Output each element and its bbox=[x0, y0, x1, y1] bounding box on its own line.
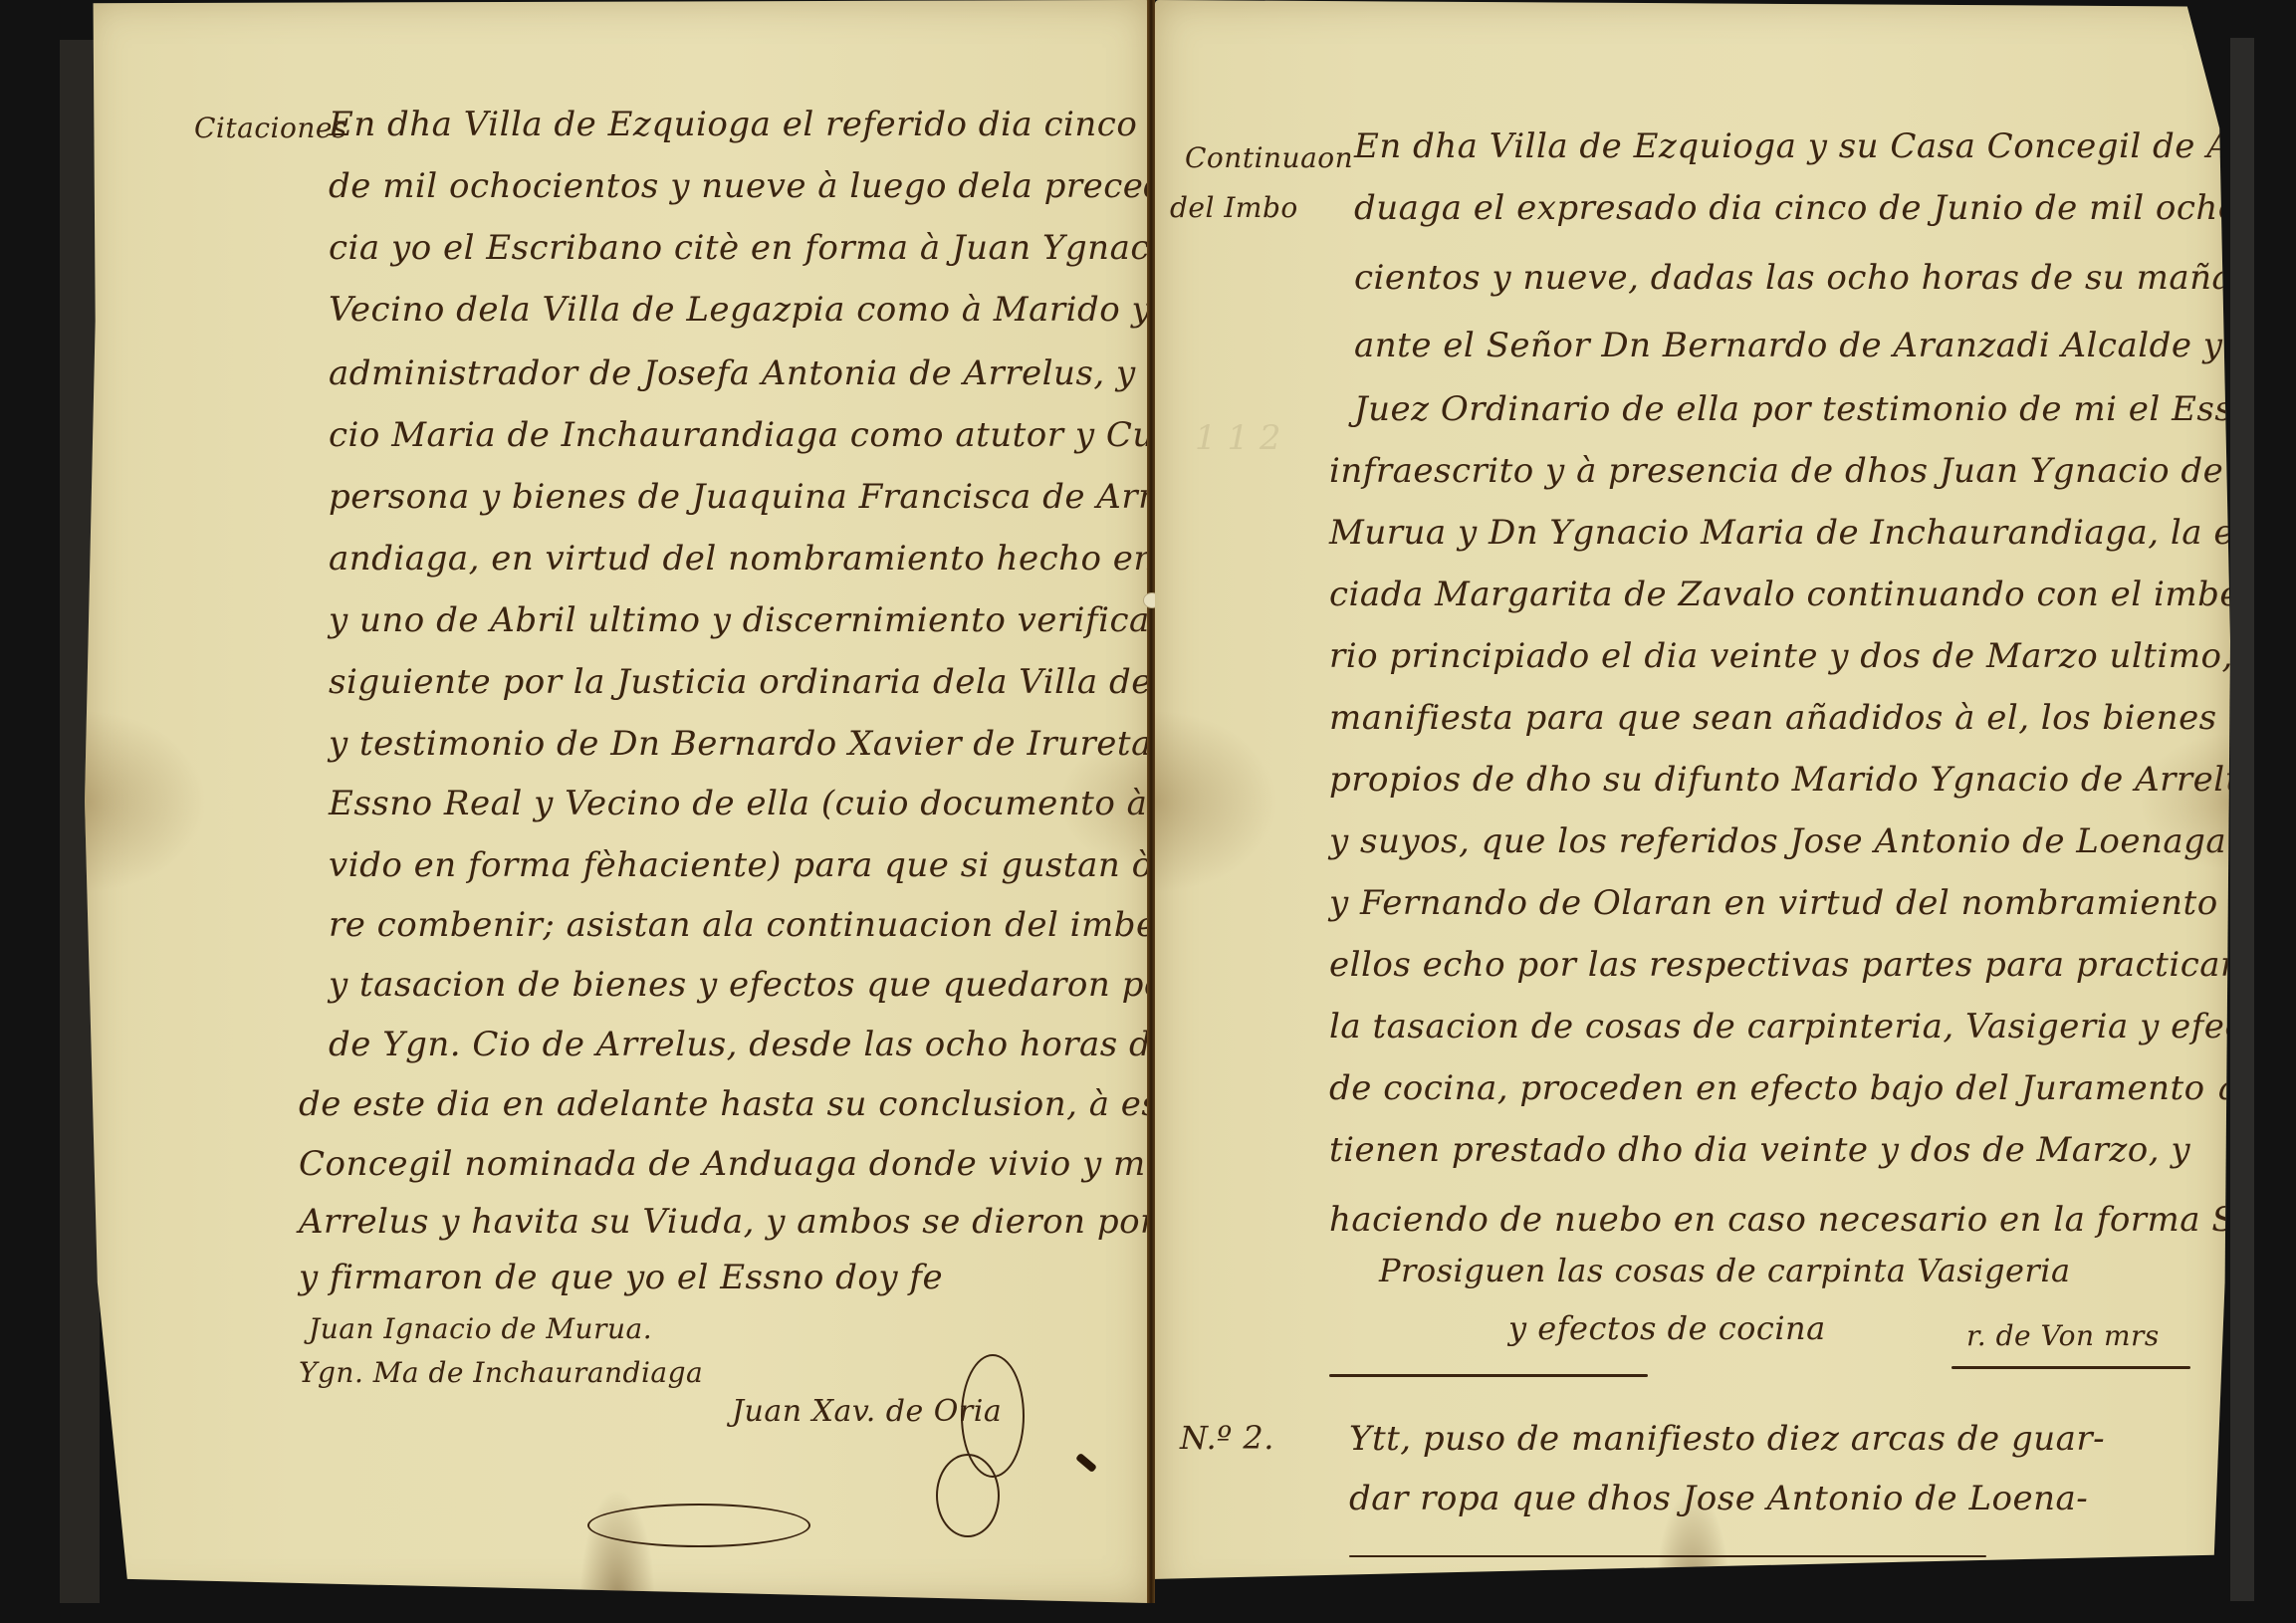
manuscript-line: ciada Margarita de Zavalo continuando co… bbox=[1329, 578, 2296, 611]
section-heading: Prosiguen las cosas de carpinta Vasigeri… bbox=[1379, 1255, 2071, 1286]
scanner-shadow-right bbox=[2230, 38, 2254, 1601]
item-number: N.º 2. bbox=[1180, 1422, 1274, 1454]
manuscript-line: manifiesta para que sean añadidos à el, … bbox=[1329, 701, 2217, 735]
manuscript-line: rio principiado el dia veinte y dos de M… bbox=[1329, 639, 2233, 673]
manuscript-line: cientos y nueve, dadas las ocho horas de… bbox=[1354, 261, 2275, 295]
paper-stain bbox=[1155, 0, 2230, 1603]
left-page: Citaciones En dha Villa de Ezquioga el r… bbox=[85, 0, 1150, 1603]
manuscript-line: Concegil nominada de Anduaga donde vivio… bbox=[299, 1147, 1293, 1181]
rubric-flourish-icon bbox=[587, 1504, 810, 1547]
manuscript-line: Murua y Dn Ygnacio Maria de Inchaurandia… bbox=[1329, 516, 2296, 550]
margin-note-continuacion: Continuaon bbox=[1185, 141, 1353, 174]
manuscript-line: ellos echo por las respectivas partes pa… bbox=[1329, 948, 2237, 982]
manuscript-line: y Fernando de Olaran en virtud del nombr… bbox=[1329, 886, 2272, 920]
manuscript-line: de cocina, proceden en efecto bajo del J… bbox=[1329, 1071, 2281, 1105]
signature-inchaurandiaga: Ygn. Ma de Inchaurandiaga bbox=[299, 1356, 703, 1389]
manuscript-line: re combenir; asistan ala continuacion de… bbox=[329, 908, 1263, 942]
manuscript-line: propios de dho su difunto Marido Ygnacio… bbox=[1329, 763, 2265, 797]
right-page: 1 1 2 Continuaon del Imbo En dha Villa d… bbox=[1155, 0, 2230, 1603]
rubric-flourish-icon bbox=[936, 1454, 1000, 1537]
item-end-rule bbox=[1349, 1555, 1986, 1557]
manuscript-line: infraescrito y à presencia de dhos Juan … bbox=[1329, 454, 2223, 488]
manuscript-line: tienen prestado dho dia veinte y dos de … bbox=[1329, 1133, 2190, 1167]
manuscript-line: En dha Villa de Ezquioga y su Casa Conce… bbox=[1354, 129, 2266, 163]
section-heading: y efectos de cocina bbox=[1508, 1312, 1826, 1344]
bleed-through: 1 1 2 bbox=[1195, 418, 1281, 458]
value-column-rule bbox=[1952, 1366, 2190, 1369]
manuscript-line: haciendo de nuebo en caso necesario en l… bbox=[1329, 1203, 2296, 1237]
manuscript-line: Arrelus y havita su Viuda, y ambos se di… bbox=[299, 1205, 1294, 1239]
manuscript-line: la tasacion de cosas de carpinteria, Vas… bbox=[1329, 1010, 2296, 1043]
signature-murua: Juan Ignacio de Murua. bbox=[309, 1312, 652, 1345]
manuscript-line: Vecino dela Villa de Legazpia como à Mar… bbox=[329, 293, 1279, 327]
item-line: Ytt, puso de manifiesto diez arcas de gu… bbox=[1349, 1422, 2105, 1456]
book-binding bbox=[1147, 0, 1155, 1603]
manuscript-line: ante el Señor Dn Bernardo de Aranzadi Al… bbox=[1354, 329, 2223, 362]
heading-underline bbox=[1329, 1374, 1648, 1377]
manuscript-line: Essno Real y Vecino de ella (cuio docume… bbox=[329, 787, 1222, 820]
margin-note-citaciones: Citaciones bbox=[194, 112, 347, 144]
manuscript-line: de este dia en adelante hasta su conclus… bbox=[299, 1087, 1291, 1121]
ink-blot-icon bbox=[1075, 1453, 1097, 1473]
manuscript-line: Juez Ordinario de ella por testimonio de… bbox=[1354, 392, 2276, 426]
margin-note-inventario: del Imbo bbox=[1170, 191, 1298, 224]
manuscript-line: duaga el expresado dia cinco de Junio de… bbox=[1354, 191, 2251, 225]
item-line: dar ropa que dhos Jose Antonio de Loena- bbox=[1349, 1482, 2088, 1515]
manuscript-line: y suyos, que los referidos Jose Antonio … bbox=[1329, 824, 2226, 858]
value-column-header: r. de Von mrs bbox=[1966, 1319, 2160, 1352]
manuscript-line: y firmaron de que yo el Essno doy fe bbox=[299, 1261, 943, 1294]
manuscript-line: y testimonio de Dn Bernardo Xavier de Ir… bbox=[329, 727, 1269, 761]
